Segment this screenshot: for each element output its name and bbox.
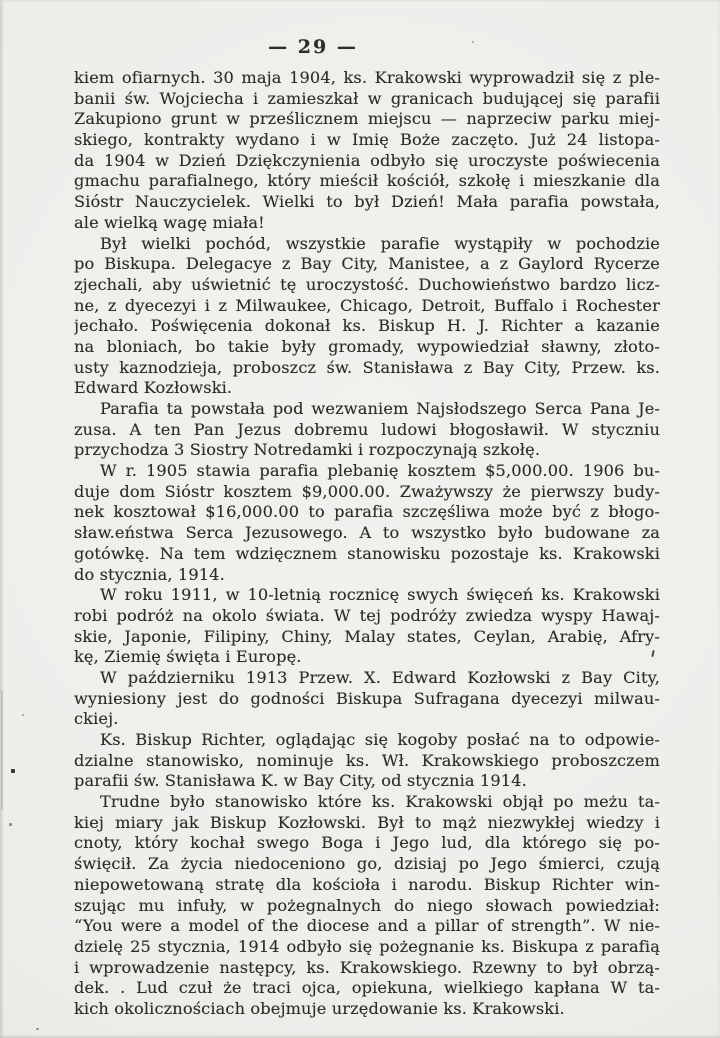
text-line: gotówkę. Na tem wdzięcznem stanowisku po… <box>74 544 660 565</box>
text-line: i wprowadzenie następcy, ks. Krakowskieg… <box>74 958 660 979</box>
text-line: nek kosztował $16,000.00 to parafia szcz… <box>74 502 660 523</box>
text-line: dzialne stanowisko, nominuje ks. Wł. Kra… <box>74 751 660 772</box>
text-line: święcił. Za życia niedoceniono go, dzisi… <box>74 854 660 875</box>
text-line: kiem ofiarnych. 30 maja 1904, ks. Krakow… <box>74 68 660 89</box>
text-line: gmachu parafialnego, który mieścił kości… <box>74 171 660 192</box>
text-line: W roku 1911, w 10-letnią rocznicę swych … <box>74 585 660 606</box>
text-line: na bloniach, bo takie były gromady, wypo… <box>74 337 660 358</box>
ink-speck <box>36 1028 39 1030</box>
text-line: cnoty, który kochał swego Boga i Jego lu… <box>74 833 660 854</box>
text-line: banii św. Wojciecha i zamieszkał w grani… <box>74 89 660 110</box>
text-line: “You were a model of the diocese and a p… <box>74 916 660 937</box>
text-line: Edward Kozłowski. <box>74 378 660 399</box>
scan-edge-shadow <box>1 690 3 810</box>
text-line: po Biskupa. Delegacye z Bay City, Manist… <box>74 254 660 275</box>
paragraph: Był wielki pochód, wszystkie parafie wys… <box>74 234 660 400</box>
text-line: jechało. Poświęcenia dokonał ks. Biskup … <box>74 316 660 337</box>
text-line: robi podróż na okolo świata. W tej podró… <box>74 606 660 627</box>
text-line: ckiej. <box>74 709 660 730</box>
text-line: ne, z dyecezyi i z Milwaukee, Chicago, D… <box>74 296 660 317</box>
text-line: niepowetowaną stratę dla kościoła i naro… <box>74 875 660 896</box>
text-line: skie, Japonie, Filipiny, Chiny, Malay st… <box>74 627 660 648</box>
text-line: W październiku 1913 Przew. X. Edward Koz… <box>74 668 660 689</box>
text-line: Trudne było stanowisko które ks. Krakows… <box>74 792 660 813</box>
paragraph: Trudne było stanowisko które ks. Krakows… <box>74 792 660 1020</box>
text-line: zusa. A ten Pan Jezus dobremu ludowi bło… <box>74 420 660 441</box>
text-line: kich okolicznościach obejmuje urzędowani… <box>74 999 660 1020</box>
text-line: ale wielką wagę miała! <box>74 213 660 234</box>
ink-speck <box>22 714 24 716</box>
text-line: Był wielki pochód, wszystkie parafie wys… <box>74 234 660 255</box>
text-line: zjechali, aby uświetnić tę uroczystość. … <box>74 275 660 296</box>
scanned-page: — 29 — kiem ofiarnych. 30 maja 1904, ks.… <box>0 0 720 1038</box>
text-body: kiem ofiarnych. 30 maja 1904, ks. Krakow… <box>74 68 660 1020</box>
ink-speck <box>11 769 15 773</box>
text-line: dek. . Lud czuł że traci ojca, opiekuna,… <box>74 978 660 999</box>
paragraph: Parafia ta powstała pod wezwaniem Najsło… <box>74 399 660 461</box>
text-line: przychodza 3 Siostry Notredamki i rozpoc… <box>74 440 660 461</box>
text-line: kiej miary jak Biskup Kozłowski. Był to … <box>74 813 660 834</box>
text-line: Parafia ta powstała pod wezwaniem Najsło… <box>74 399 660 420</box>
text-line: W r. 1905 stawia parafia plebanię koszte… <box>74 461 660 482</box>
ink-speck <box>9 823 12 826</box>
paragraph: W październiku 1913 Przew. X. Edward Koz… <box>74 668 660 730</box>
ink-speck <box>303 447 306 450</box>
text-line: duje dom Sióstr kosztem $9,000.00. Zważy… <box>74 482 660 503</box>
paragraph: Ks. Biskup Richter, oglądając się kogoby… <box>74 730 660 792</box>
text-line: Ks. Biskup Richter, oglądając się kogoby… <box>74 730 660 751</box>
paragraph: W roku 1911, w 10-letnią rocznicę swych … <box>74 585 660 668</box>
text-line: kę, Ziemię święta i Europę. <box>74 647 660 668</box>
page-number: — 29 — <box>0 36 673 58</box>
text-line: wyniesiony jest do godności Biskupa Sufr… <box>74 689 660 710</box>
text-line: parafii św. Stanisława K. w Bay City, od… <box>74 771 660 792</box>
text-line: szując mu infuły, w pożegnalnych do nieg… <box>74 896 660 917</box>
text-line: dzielę 25 stycznia, 1914 odbyło się poże… <box>74 937 660 958</box>
text-line: Zakupiono grunt w prześlicznem miejscu —… <box>74 109 660 130</box>
paragraph: W r. 1905 stawia parafia plebanię koszte… <box>74 461 660 585</box>
text-line: usty kaznodzieja, proboszcz św. Stanisła… <box>74 358 660 379</box>
text-line: Sióstr Nauczycielek. Wielki to był Dzień… <box>74 192 660 213</box>
text-line: da 1904 w Dzień Dziękczynienia odbyło si… <box>74 151 660 172</box>
text-line: sław.eństwa Serca Jezusowego. A to wszys… <box>74 523 660 544</box>
ink-speck <box>472 41 474 43</box>
text-line: skiego, kontrakty wydano i w Imię Boże z… <box>74 130 660 151</box>
text-line: do stycznia, 1914. <box>74 565 660 586</box>
paragraph: kiem ofiarnych. 30 maja 1904, ks. Krakow… <box>74 68 660 234</box>
